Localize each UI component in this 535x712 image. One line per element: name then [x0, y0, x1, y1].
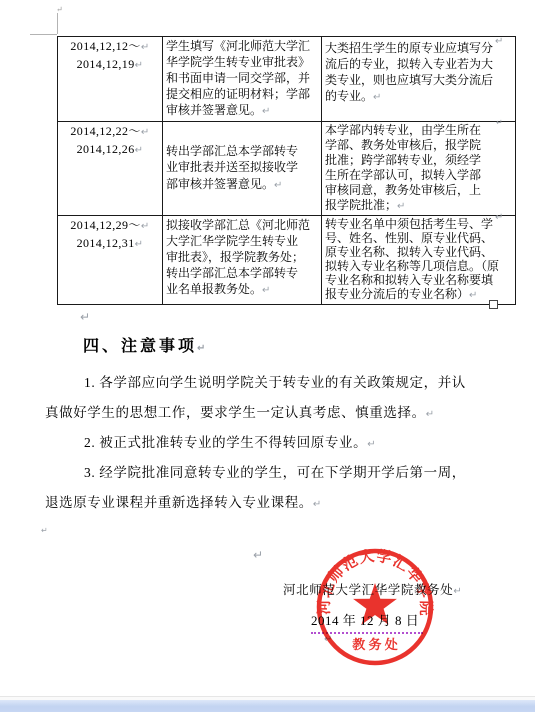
paragraph-mark-icon: ↵: [141, 127, 150, 138]
date-range-line2: 2014,12,31: [77, 236, 135, 250]
procedure-cell[interactable]: 拟接收学部汇总《河北师范 大学汇华学院学生转专业 审批表》，报学院教务处； 转出…: [163, 216, 322, 305]
note-paragraph-2[interactable]: 2. 被正式批准转专业的学生不得转回原专业。↵: [45, 428, 497, 460]
paragraph-mark-icon: ↵: [426, 409, 435, 420]
date-range-line2: 2014,12,19: [77, 57, 135, 71]
seal-bottom-text: 教 务 处: [351, 637, 398, 652]
margin-crop-mark-horizontal: [30, 34, 57, 35]
note-paragraph-1[interactable]: 1. 各学部应向学生说明学院关于转专业的有关政策规定，并认 真做好学生的思想工作…: [45, 368, 497, 430]
row-end-mark-icon: ↵: [495, 36, 503, 47]
table-resize-handle[interactable]: [489, 300, 498, 309]
paragraph-mark-icon: ↵: [141, 221, 150, 232]
note-text: 本学部内转专业，由学生所在 学部、教务处审核后，报学院 批准；跨学部转专业，须经…: [325, 123, 481, 212]
horizontal-scrollbar[interactable]: [0, 700, 535, 712]
paragraph-mark-icon: ↵: [135, 145, 144, 156]
note-text: 大类招生学生的原专业应填写分 流后的专业，拟转入专业若为大 类专业，则也应填写大…: [325, 41, 493, 103]
paragraph-mark-icon: ↵: [141, 42, 150, 53]
paragraph-mark-icon: ↵: [453, 586, 462, 597]
official-seal[interactable]: 河北师范大学汇华学院 教 务 处: [314, 546, 436, 668]
procedure-text: 拟接收学部汇总《河北师范 大学汇华学院学生转专业 审批表》，报学院教务处； 转出…: [166, 218, 310, 296]
note-cell[interactable]: 转专业名单中须包括考生号、学 号、姓名、性别、原专业代码、 原专业名称、拟转入专…: [322, 216, 516, 305]
paragraph-mark-icon: ↵: [262, 285, 270, 296]
paragraph-mark-icon: ↵: [274, 180, 282, 191]
note-cell[interactable]: 大类招生学生的原专业应填写分 流后的专业，拟转入专业若为大 类专业，则也应填写大…: [322, 37, 516, 122]
table-row: 2014,12,29～↵ 2014,12,31↵ 拟接收学部汇总《河北师范 大学…: [58, 216, 516, 305]
paragraph-mark-icon: ↵: [41, 526, 48, 535]
section-heading: 四、注意事项↵: [83, 333, 208, 356]
transfer-schedule-table: 2014,12,12～↵ 2014,12,19↵ 学生填写《河北师范大学汇 华学…: [57, 36, 516, 305]
paragraph-mark-icon: ↵: [397, 201, 405, 212]
paragraph-mark-icon: ↵: [469, 290, 477, 301]
row-end-mark-icon: ↵: [495, 212, 503, 223]
paragraph-mark-icon: ↵: [135, 239, 144, 250]
paragraph-mark-icon: ↵: [373, 92, 381, 103]
seal-star-icon: [353, 583, 397, 625]
date-cell[interactable]: 2014,12,29～↵ 2014,12,31↵: [58, 216, 163, 305]
margin-crop-mark-vertical: [57, 13, 58, 34]
row-end-mark-icon: ↵: [496, 118, 503, 127]
date-cell[interactable]: 2014,12,12～↵ 2014,12,19↵: [58, 37, 163, 122]
note-paragraph-3[interactable]: 3. 经学院批准同意转专业的学生，可在下学期开学后第一周， 退选原专业课程并重新…: [45, 458, 497, 520]
date-range-line1: 2014,12,29～: [70, 218, 140, 232]
paragraph-mark-icon: ↵: [367, 439, 376, 450]
date-range-line1: 2014,12,12～: [70, 39, 140, 53]
procedure-cell[interactable]: 学生填写《河北师范大学汇 华学院学生转专业审批表》 和书面申请一同交学部，并 提…: [163, 37, 322, 122]
table-row: 2014,12,22～↵ 2014,12,26↵ 转出学部汇总本学部转专 业审批…: [58, 122, 516, 216]
paragraph-mark-icon: ↵: [135, 60, 144, 71]
table-row: 2014,12,12～↵ 2014,12,19↵ 学生填写《河北师范大学汇 华学…: [58, 37, 516, 122]
paragraph-mark-icon: ↵: [262, 106, 270, 117]
date-range-line1: 2014,12,22～: [70, 124, 140, 138]
note-text: 转专业名单中须包括考生号、学 号、姓名、性别、原专业代码、 原专业名称、拟转入专…: [325, 217, 499, 301]
paragraph-mark-icon: ↵: [253, 548, 263, 562]
paragraph-mark-icon: ↵: [313, 499, 322, 510]
paragraph-mark-icon: ↵: [80, 310, 90, 324]
paragraph-mark-icon: ↵: [56, 5, 63, 14]
procedure-cell[interactable]: 转出学部汇总本学部转专 业审批表并送至拟接收学 部审核并签署意见。↵: [163, 122, 322, 216]
date-range-line2: 2014,12,26: [77, 142, 135, 156]
note-cell[interactable]: 本学部内转专业，由学生所在 学部、教务处审核后，报学院 批准；跨学部转专业，须经…: [322, 122, 516, 216]
paragraph-mark-icon: ↵: [197, 343, 208, 354]
procedure-text: 学生填写《河北师范大学汇 华学院学生转专业审批表》 和书面申请一同交学部，并 提…: [166, 39, 310, 117]
date-cell[interactable]: 2014,12,22～↵ 2014,12,26↵: [58, 122, 163, 216]
